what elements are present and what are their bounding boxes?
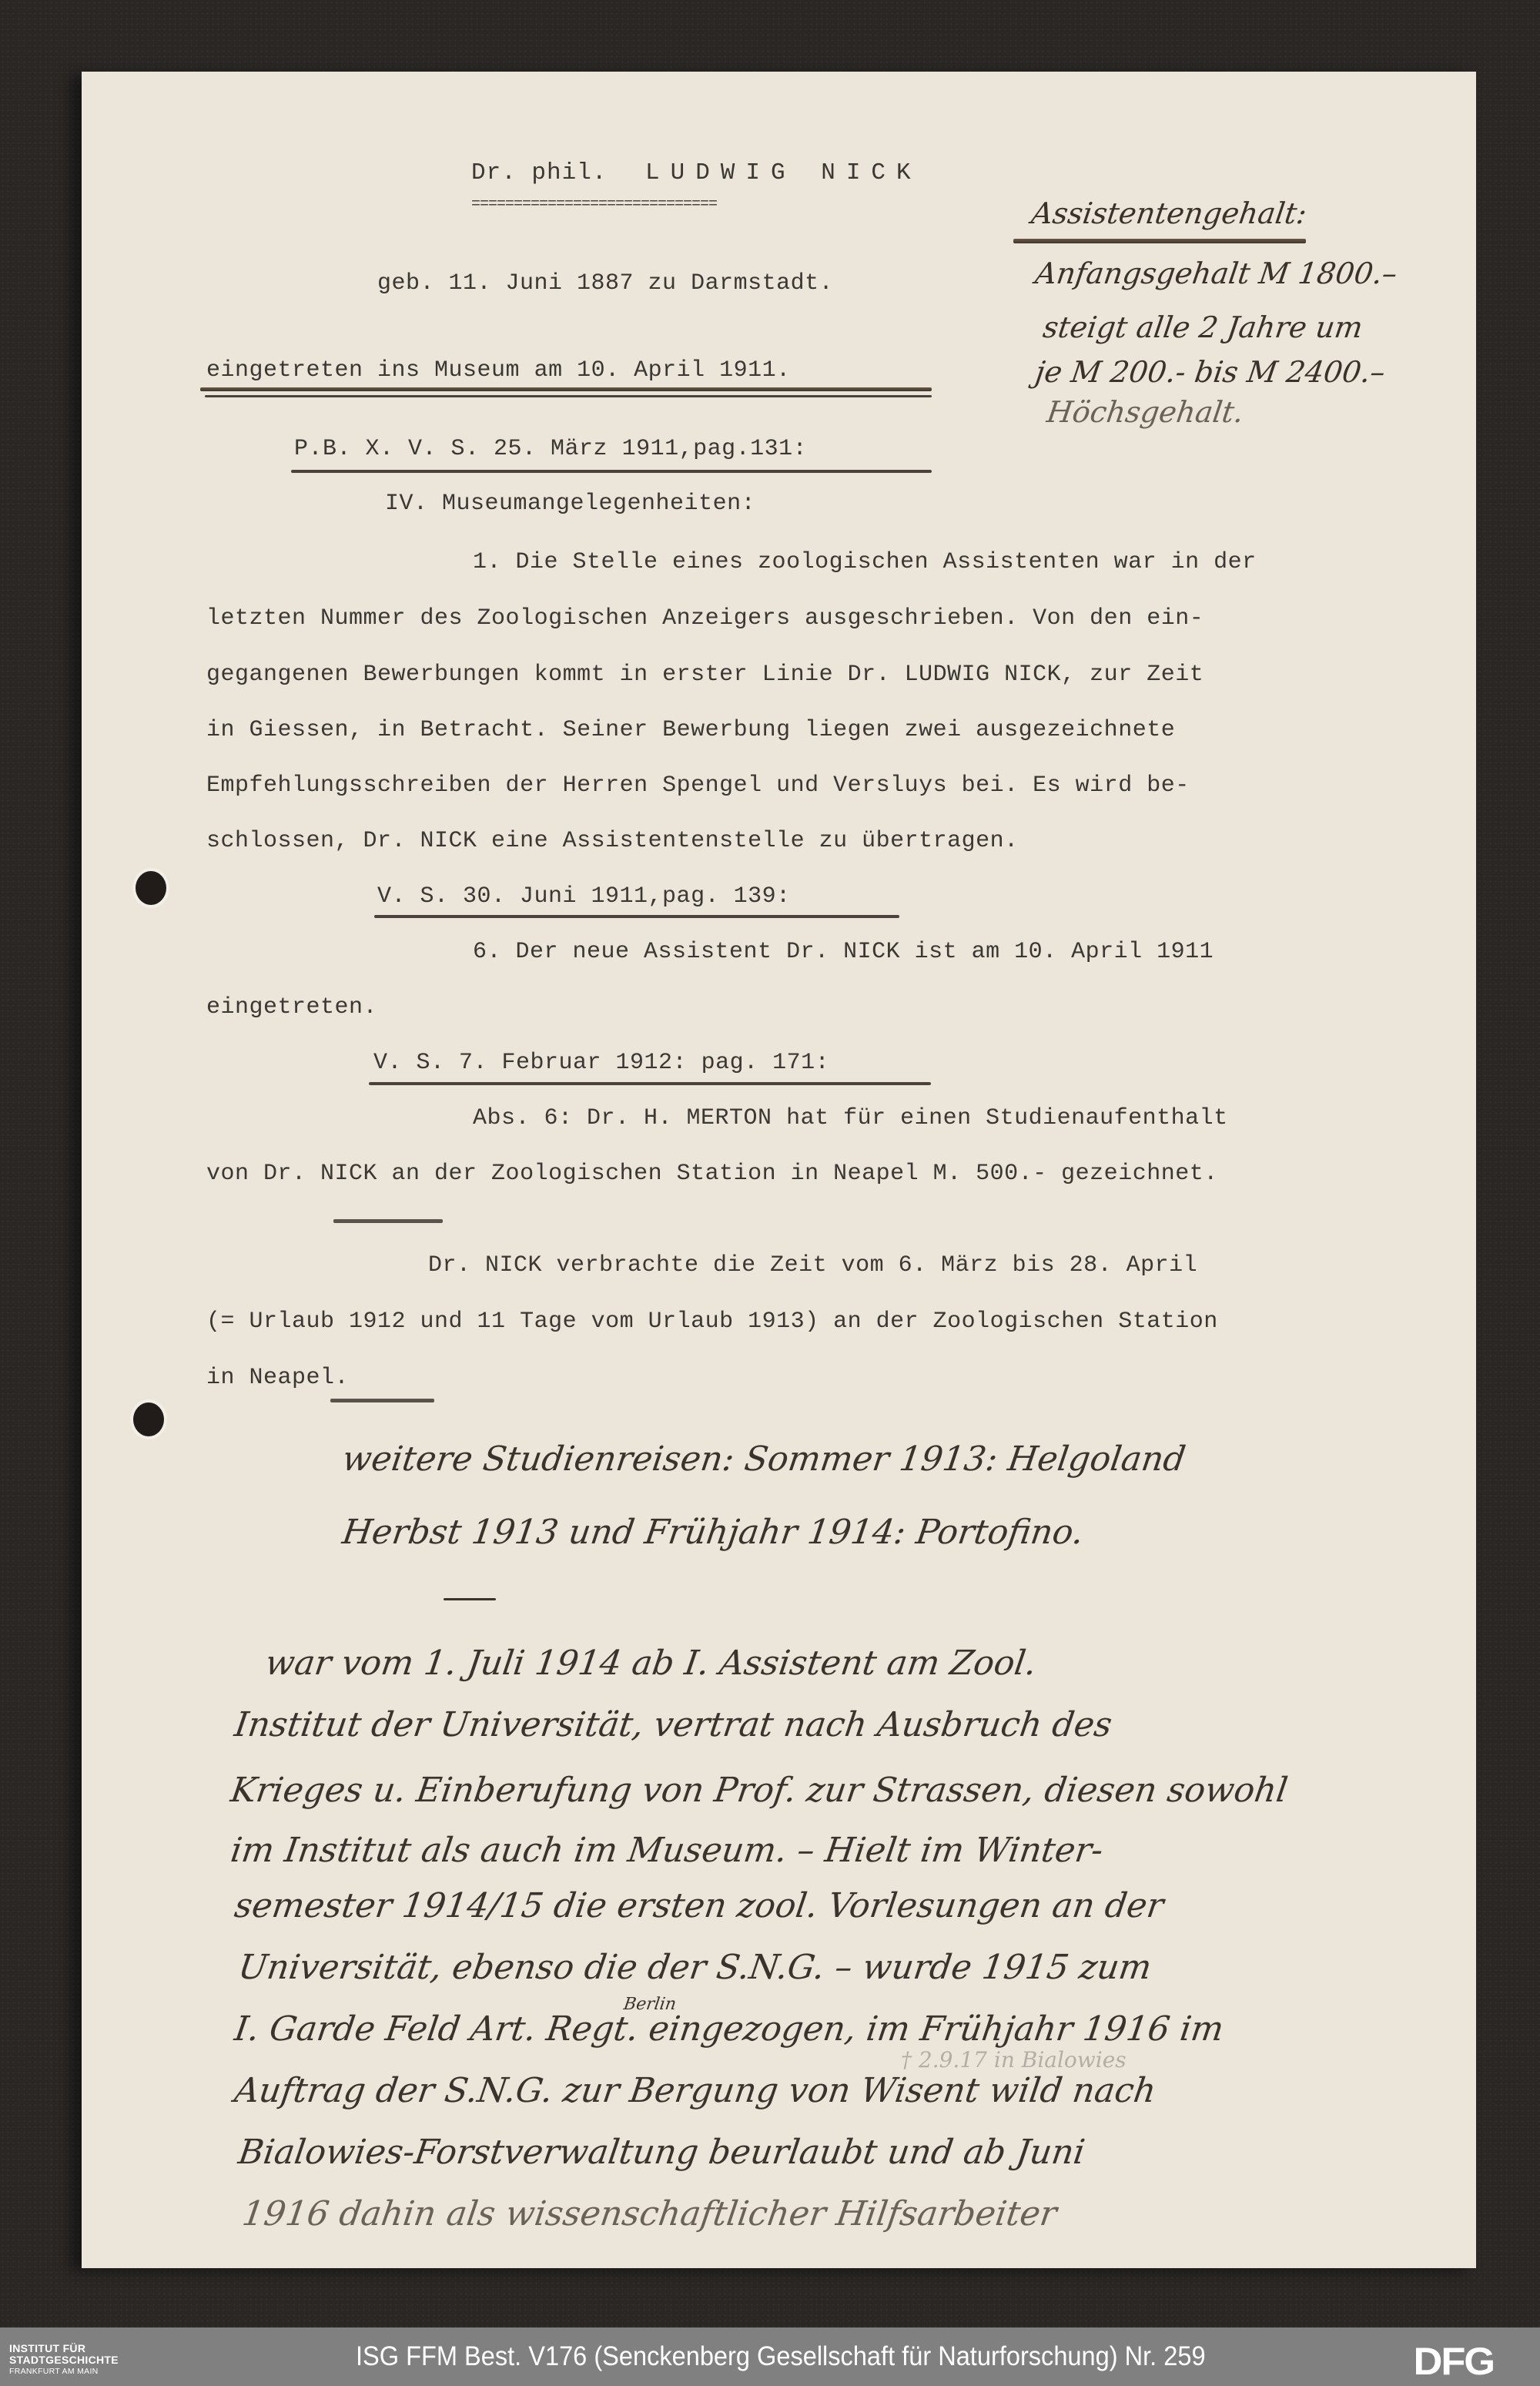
body-line: Abs. 6: Dr. H. MERTON hat für einen Stud… [473,1104,1228,1132]
minutes-subheading: IV. Museumangelegenheiten: [385,490,755,518]
handwritten-line: weitere Studienreisen: Sommer 1913: Helg… [340,1440,1187,1479]
handwritten-line: Institut der Universität, vertrat nach A… [232,1706,1114,1744]
handwritten-line: Herbst 1913 und Frühjahr 1914: Portofino… [340,1513,1086,1552]
body-line: letzten Nummer des Zoologischen Anzeiger… [206,605,1204,632]
body-line: eingetreten. [206,994,377,1021]
margin-note-line: Höchsgehalt. [1044,393,1246,431]
body-line: in Neapel. [206,1364,349,1392]
body-line: 6. Der neue Assistent Dr. NICK ist am 10… [473,938,1214,966]
institution-logo: INSTITUT FÜR STADTGESCHICHTE FRANKFURT A… [9,2343,119,2378]
joined-line: eingetreten ins Museum am 10. April 1911… [206,357,791,384]
institution-city: FRANKFURT AM MAIN [9,2366,119,2378]
pencil-annotation: † 2.9.17 in Bialowies [901,2047,1127,2073]
margin-note-line: Anfangsgehalt M 1800.– [1033,254,1399,293]
institution-name-line1: INSTITUT FÜR [9,2343,119,2354]
margin-note-title: Assistentengehalt: [1029,194,1309,233]
underline [369,1082,931,1085]
punch-hole [133,1402,164,1436]
handwritten-line: war vom 1. Juli 1914 ab I. Assistent am … [263,1644,1039,1683]
underline [205,395,932,397]
body-line: 1. Die Stelle eines zoologischen Assiste… [473,548,1257,576]
archive-caption: ISG FFM Best. V176 (Senckenberg Gesellsc… [356,2341,1206,2372]
punch-hole [136,871,166,905]
handwritten-line: Auftrag der S.N.G. zur Bergung von Wisen… [232,2072,1158,2110]
separator-rule [444,1598,496,1600]
underline [291,470,932,473]
heading-double-rule: ============================= [471,197,717,213]
body-line: von Dr. NICK an der Zoologischen Station… [206,1160,1218,1188]
body-line: (= Urlaub 1912 und 11 Tage vom Urlaub 19… [206,1308,1218,1335]
underline [1013,239,1306,243]
birth-line: geb. 11. Juni 1887 zu Darmstadt. [377,270,833,297]
handwritten-line: I. Garde Feld Art. Regt. eingezogen, im … [232,2010,1226,2049]
separator-rule [333,1219,443,1223]
separator-rule [330,1399,434,1402]
margin-note-line: steigt alle 2 Jahre um [1040,308,1365,347]
body-line: gegangenen Bewerbungen kommt in erster L… [206,661,1204,689]
margin-note-line: je M 200.- bis M 2400.– [1033,353,1388,391]
handwritten-line: im Institut als auch im Museum. – Hielt … [228,1831,1105,1870]
dfg-logo-icon: DFG [1414,2341,1495,2381]
minutes-reference: P.B. X. V. S. 25. März 1911,pag.131: [294,435,807,463]
handwritten-line: Bialowies-Forstverwaltung beurlaubt und … [236,2133,1086,2172]
minutes-reference: V. S. 30. Juni 1911,pag. 139: [377,883,791,910]
handwritten-line: 1916 dahin als wissenschaftlicher Hilfsa… [239,2195,1059,2234]
underline [374,915,899,918]
handwritten-line: semester 1914/15 die ersten zool. Vorles… [232,1887,1166,1925]
minutes-reference: V. S. 7. Februar 1912: pag. 171: [373,1049,829,1077]
handwritten-line: Krieges u. Einberufung von Prof. zur Str… [228,1771,1290,1810]
underline [200,387,932,391]
institution-name-line2: STADTGESCHICHTE [9,2354,119,2366]
archive-footer-bar: INSTITUT FÜR STADTGESCHICHTE FRANKFURT A… [0,2327,1540,2386]
heading-name: LUDWIG NICK [645,159,922,187]
body-line: Dr. NICK verbrachte die Zeit vom 6. März… [428,1252,1197,1279]
body-line: in Giessen, in Betracht. Seiner Bewerbun… [206,716,1175,744]
body-line: Empfehlungsschreiben der Herren Spengel … [206,772,1190,799]
handwritten-line: Universität, ebenso die der S.N.G. – wur… [236,1949,1153,1987]
body-line: schlossen, Dr. NICK eine Assistentenstel… [206,827,1019,855]
heading-prefix: Dr. phil. [471,159,607,187]
